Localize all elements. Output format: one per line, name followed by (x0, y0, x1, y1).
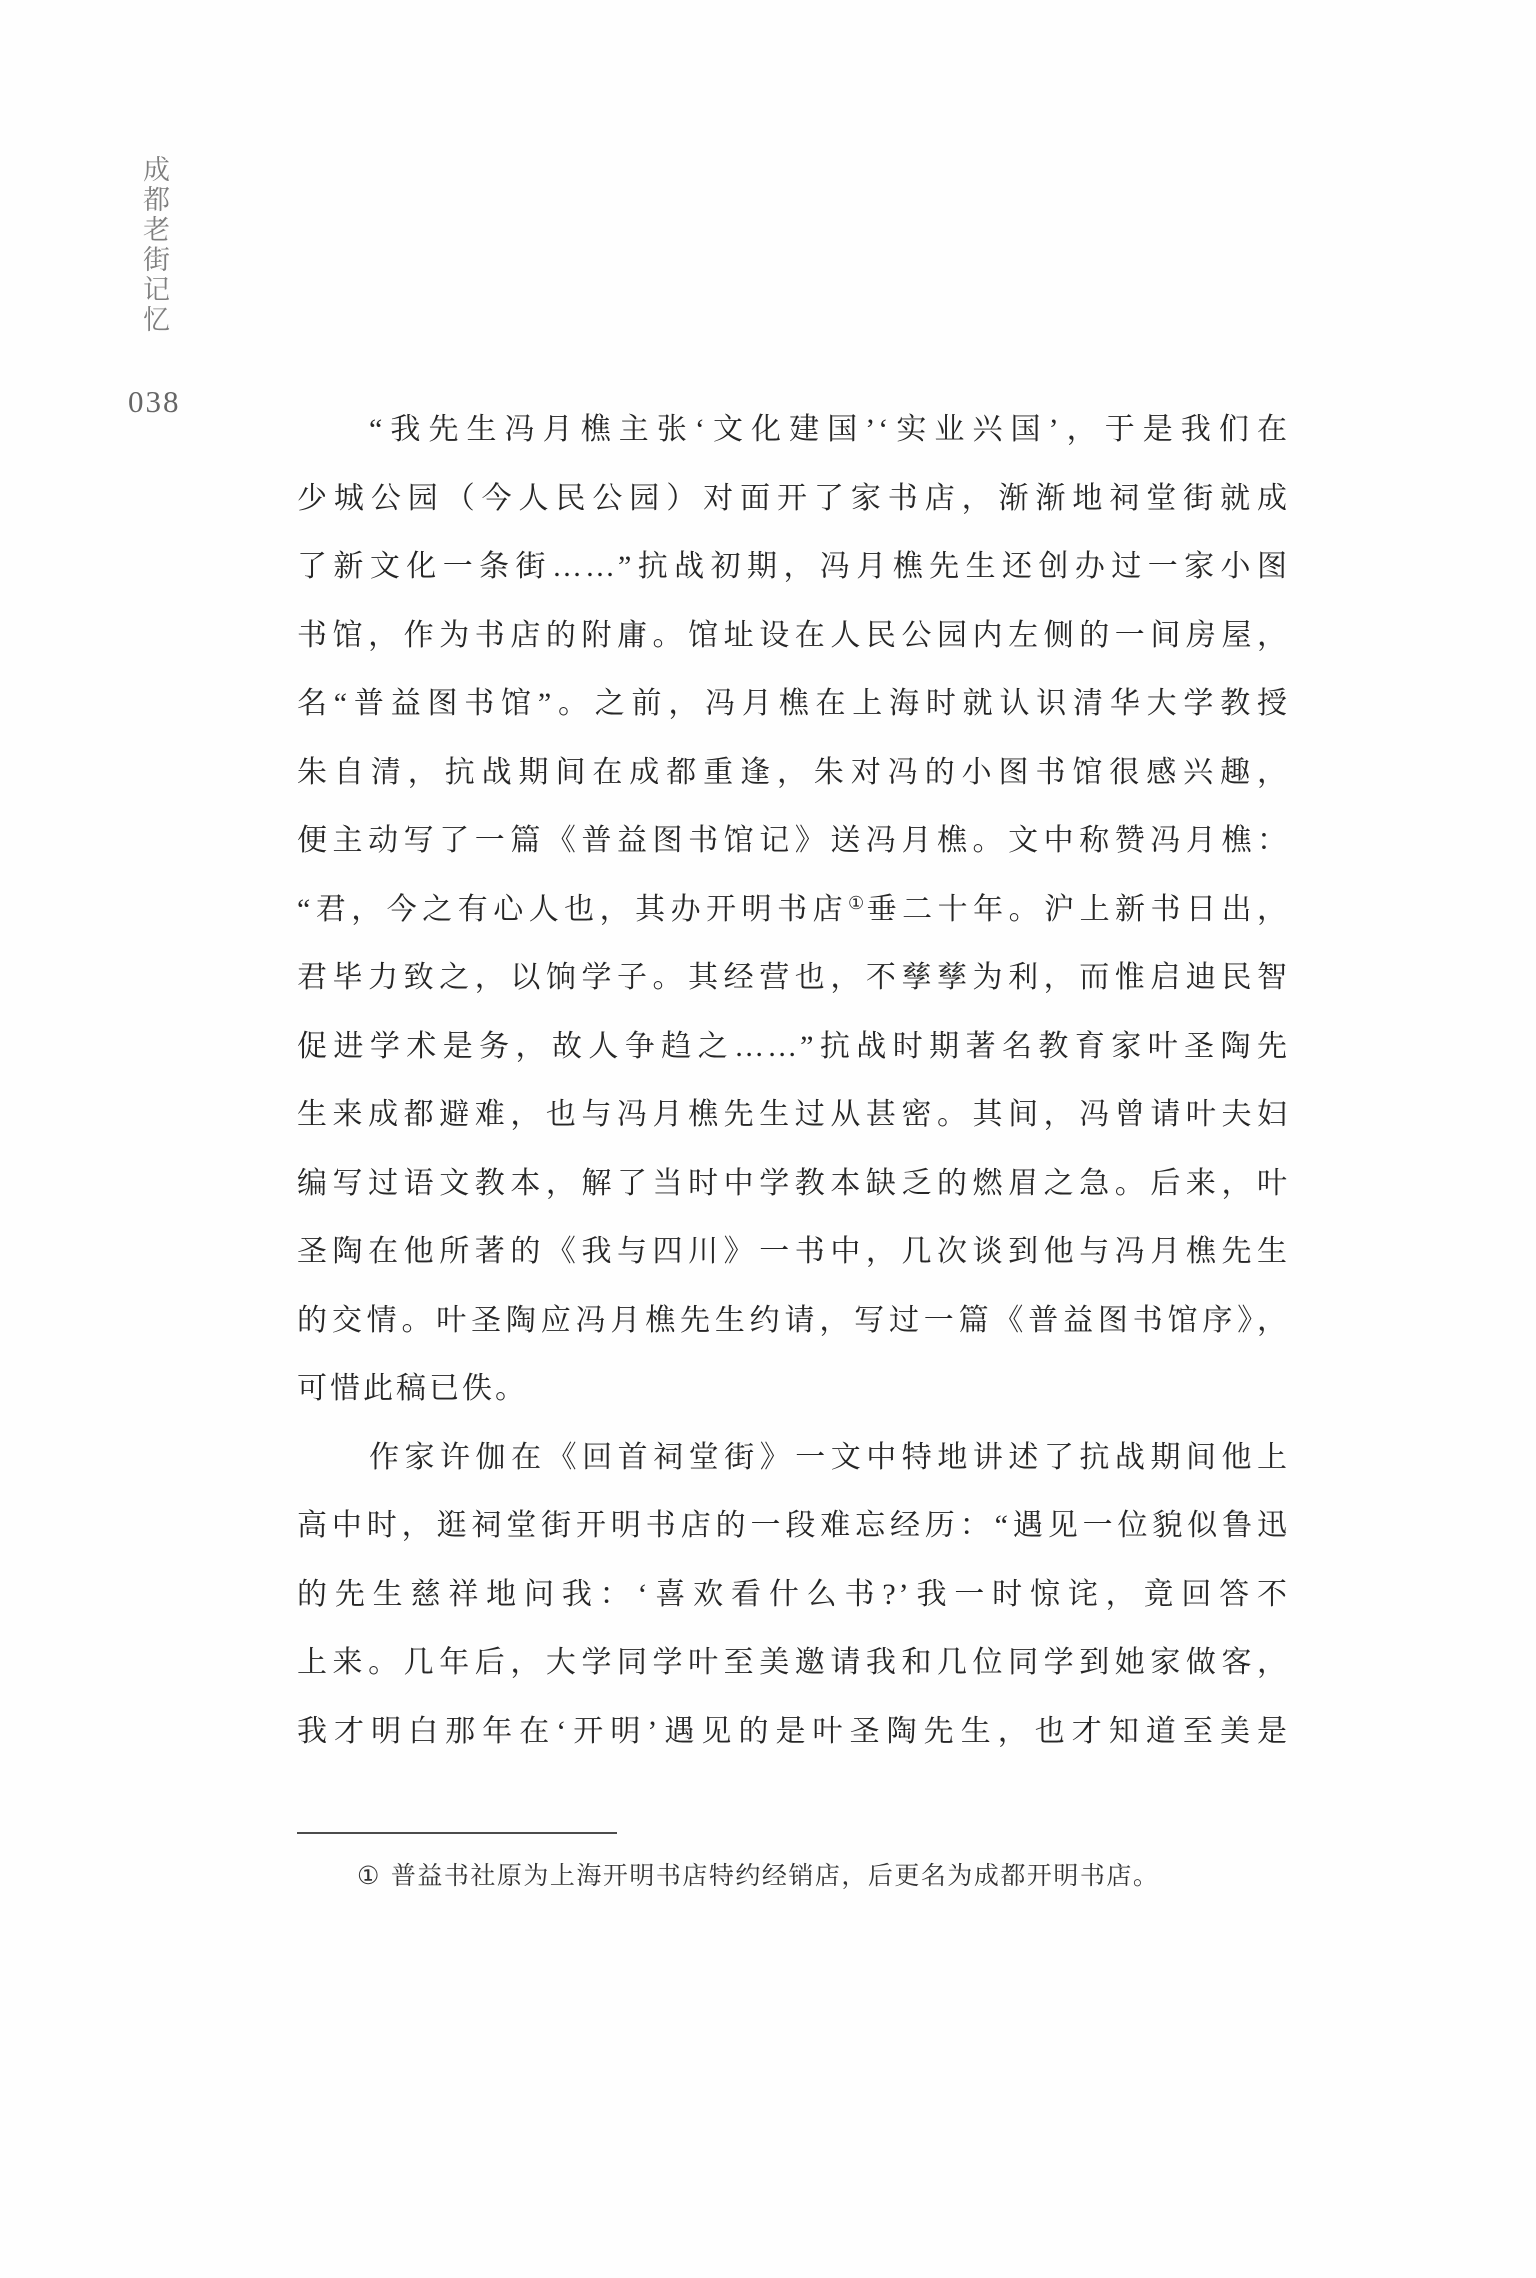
footnote-text: 普益书社原为上海开明书店特约经销店，后更名为成都开明书店。 (391, 1863, 1160, 1890)
footnote-marker: ① (357, 1863, 381, 1890)
text-line: 编写过语文教本，解了当时中学教本缺乏的燃眉之急。后来，叶 (297, 1150, 1290, 1219)
text-line: 便主动写了一篇《普益图书馆记》送冯月樵。文中称赞冯月樵： (297, 807, 1290, 876)
text-line: 作家许伽在《回首祠堂街》一文中特地讲述了抗战期间他上 (297, 1424, 1290, 1493)
text-line: 少城公园（今人民公园）对面开了家书店，渐渐地祠堂街就成 (297, 465, 1290, 534)
text-line: 可惜此稿已佚。 (297, 1355, 1290, 1424)
side-title: 成都老街记忆 (135, 155, 174, 335)
text-line: “我先生冯月樵主张‘文化建国’‘实业兴国’，于是我们在 (297, 396, 1290, 465)
text-line: 生来成都避难，也与冯月樵先生过从甚密。其间，冯曾请叶夫妇 (297, 1081, 1290, 1150)
text-line: “君，今之有心人也，其办开明书店①垂二十年。沪上新书日出， (297, 876, 1290, 945)
text-line: 名“普益图书馆”。之前，冯月樵在上海时就认识清华大学教授 (297, 670, 1290, 739)
text-line: 君毕力致之，以饷学子。其经营也，不孳孳为利，而惟启迪民智 (297, 944, 1290, 1013)
text-line: 我才明白那年在‘开明’遇见的是叶圣陶先生，也才知道至美是 (297, 1698, 1290, 1767)
text-line: 朱自清，抗战期间在成都重逢，朱对冯的小图书馆很感兴趣， (297, 739, 1290, 808)
text-line: 书馆，作为书店的附庸。馆址设在人民公园内左侧的一间房屋， (297, 602, 1290, 671)
text-line: 了新文化一条街……”抗战初期，冯月樵先生还创办过一家小图 (297, 533, 1290, 602)
page-number: 038 (128, 384, 181, 420)
footnote-ref-marker: ① (848, 893, 867, 913)
text-line: 促进学术是务，故人争趋之……”抗战时期著名教育家叶圣陶先 (297, 1013, 1290, 1082)
book-page: 成都老街记忆 038 “我先生冯月樵主张‘文化建国’‘实业兴国’，于是我们在少城… (0, 0, 1536, 2278)
text-line: 的交情。叶圣陶应冯月樵先生约请，写过一篇《普益图书馆序》， (297, 1287, 1290, 1356)
text-line: 的先生慈祥地问我：‘喜欢看什么书?’我一时惊诧，竟回答不 (297, 1561, 1290, 1630)
footnote: ①普益书社原为上海开明书店特约经销店，后更名为成都开明书店。 (297, 1856, 1350, 1898)
footnote-divider (297, 1832, 617, 1834)
body-text: “我先生冯月樵主张‘文化建国’‘实业兴国’，于是我们在少城公园（今人民公园）对面… (297, 396, 1290, 1766)
text-line: 圣陶在他所著的《我与四川》一书中，几次谈到他与冯月樵先生 (297, 1218, 1290, 1287)
text-line: 高中时，逛祠堂街开明书店的一段难忘经历：“遇见一位貌似鲁迅 (297, 1492, 1290, 1561)
text-line: 上来。几年后，大学同学叶至美邀请我和几位同学到她家做客， (297, 1629, 1290, 1698)
